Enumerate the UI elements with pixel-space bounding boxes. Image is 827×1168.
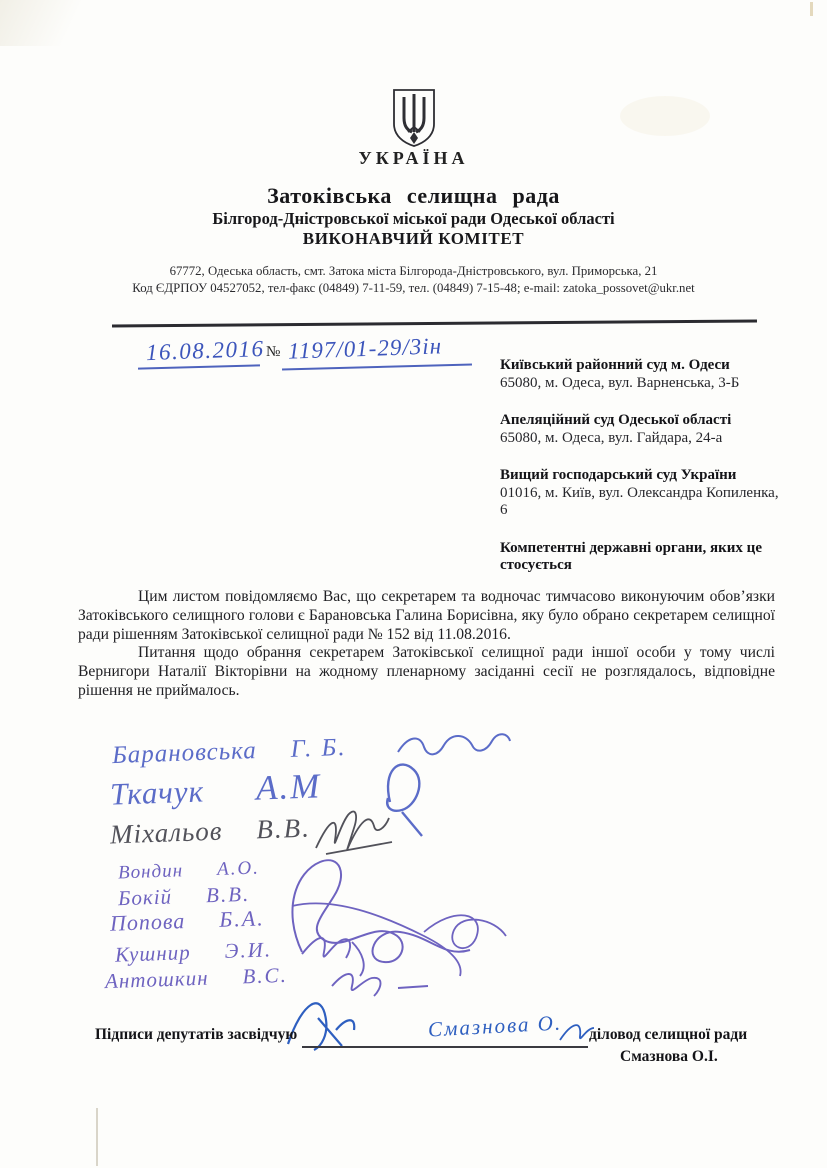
signatory-surname: Барановська (112, 737, 258, 769)
clerk-name: Смазнова О.І. (620, 1048, 718, 1066)
clerk-handwritten-signature: Смазнова О. (427, 1011, 562, 1043)
recipient-name: Компетентні державні органи, яких це сто… (500, 540, 785, 575)
signature-row: ВондинА.О. (118, 858, 261, 885)
scan-artifact (0, 0, 130, 46)
letter-body: Цим листом повідомляємо Вас, що секретар… (78, 588, 775, 701)
attestation-label: Підписи депутатів засвідчую (95, 1026, 297, 1044)
recipient-address: 65080, м. Одеса, вул. Варненська, 3-Б (500, 375, 785, 393)
recipient-address: 01016, м. Київ, вул. Олександра Копиленк… (500, 485, 785, 520)
recipient: Вищий господарський суд України 01016, м… (500, 467, 785, 520)
signature-row: ТкачукА.М (109, 766, 322, 813)
signatory-initials: Э.И. (224, 937, 272, 963)
scan-artifact (810, 2, 813, 16)
recipient-name: Апеляційний суд Одеської області (500, 412, 785, 430)
recipients-block: Київський районний суд м. Одеси 65080, м… (500, 357, 785, 595)
signatory-initials: В.В. (206, 882, 251, 908)
recipient: Київський районний суд м. Одеси 65080, м… (500, 357, 785, 392)
handwritten-date: 16.08.2016 (146, 336, 265, 366)
recipient-name: Київський районний суд м. Одеси (500, 357, 785, 375)
signatory-surname: Міхальов (110, 816, 223, 850)
number-sign-label: № (266, 344, 280, 361)
country-label: УКРАЇНА (0, 148, 827, 169)
body-paragraph-1: Цим листом повідомляємо Вас, що секретар… (78, 588, 775, 644)
signatory-surname: Попова (110, 908, 186, 936)
signatory-initials: Б.А. (219, 905, 265, 932)
letterhead-address-line2: Код ЄДРПОУ 04527052, тел-факс (04849) 7-… (0, 281, 827, 296)
organization-subordination: Білгород-Дністровської міської ради Одес… (0, 209, 827, 229)
signature-row: АнтошкинВ.С. (105, 963, 289, 994)
handwritten-outgoing-number: 1197/01-29/3ін (288, 333, 443, 364)
recipient-name: Вищий господарський суд України (500, 467, 785, 485)
signatory-surname: Ткачук (109, 773, 204, 811)
signatory-initials: А.О. (217, 858, 261, 880)
recipient: Апеляційний суд Одеської області 65080, … (500, 412, 785, 447)
signatory-surname: Бокій (118, 884, 173, 910)
letterhead-divider (112, 319, 757, 327)
recipient-address: 65080, м. Одеса, вул. Гайдара, 24-а (500, 430, 785, 448)
body-paragraph-2: Питання щодо обрання секретарем Затоківс… (78, 644, 775, 700)
scanned-official-letter: УКРАЇНА Затоківська селищна рада Білгоро… (0, 0, 827, 1168)
organization-name: Затоківська селищна рада (0, 183, 827, 209)
signatory-initials: В.С. (242, 963, 288, 989)
signatory-surname: Кушнир (115, 940, 191, 967)
signatory-initials: А.М (255, 766, 322, 807)
signatory-surname: Антошкин (105, 966, 209, 994)
signature-row: ПоповаБ.А. (110, 905, 266, 936)
signature-row: МіхальовВ.В. (110, 813, 312, 851)
scan-artifact (96, 1108, 98, 1166)
attestation-signature-line (302, 1046, 588, 1048)
organization-committee: ВИКОНАВЧИЙ КОМІТЕТ (0, 229, 827, 249)
signature-row: БарановськаГ. Б. (112, 734, 347, 770)
signatory-initials: В.В. (256, 813, 312, 845)
letterhead-address-line1: 67772, Одеська область, смт. Затока міст… (0, 264, 827, 279)
clerk-title: діловод селищної ради (589, 1026, 747, 1044)
recipient: Компетентні державні органи, яких це сто… (500, 540, 785, 575)
ukraine-trident-emblem-icon (392, 88, 436, 148)
signatory-surname: Вондин (118, 860, 184, 883)
scan-artifact (620, 96, 710, 136)
signatory-initials: Г. Б. (290, 734, 347, 763)
number-underline (282, 364, 472, 371)
